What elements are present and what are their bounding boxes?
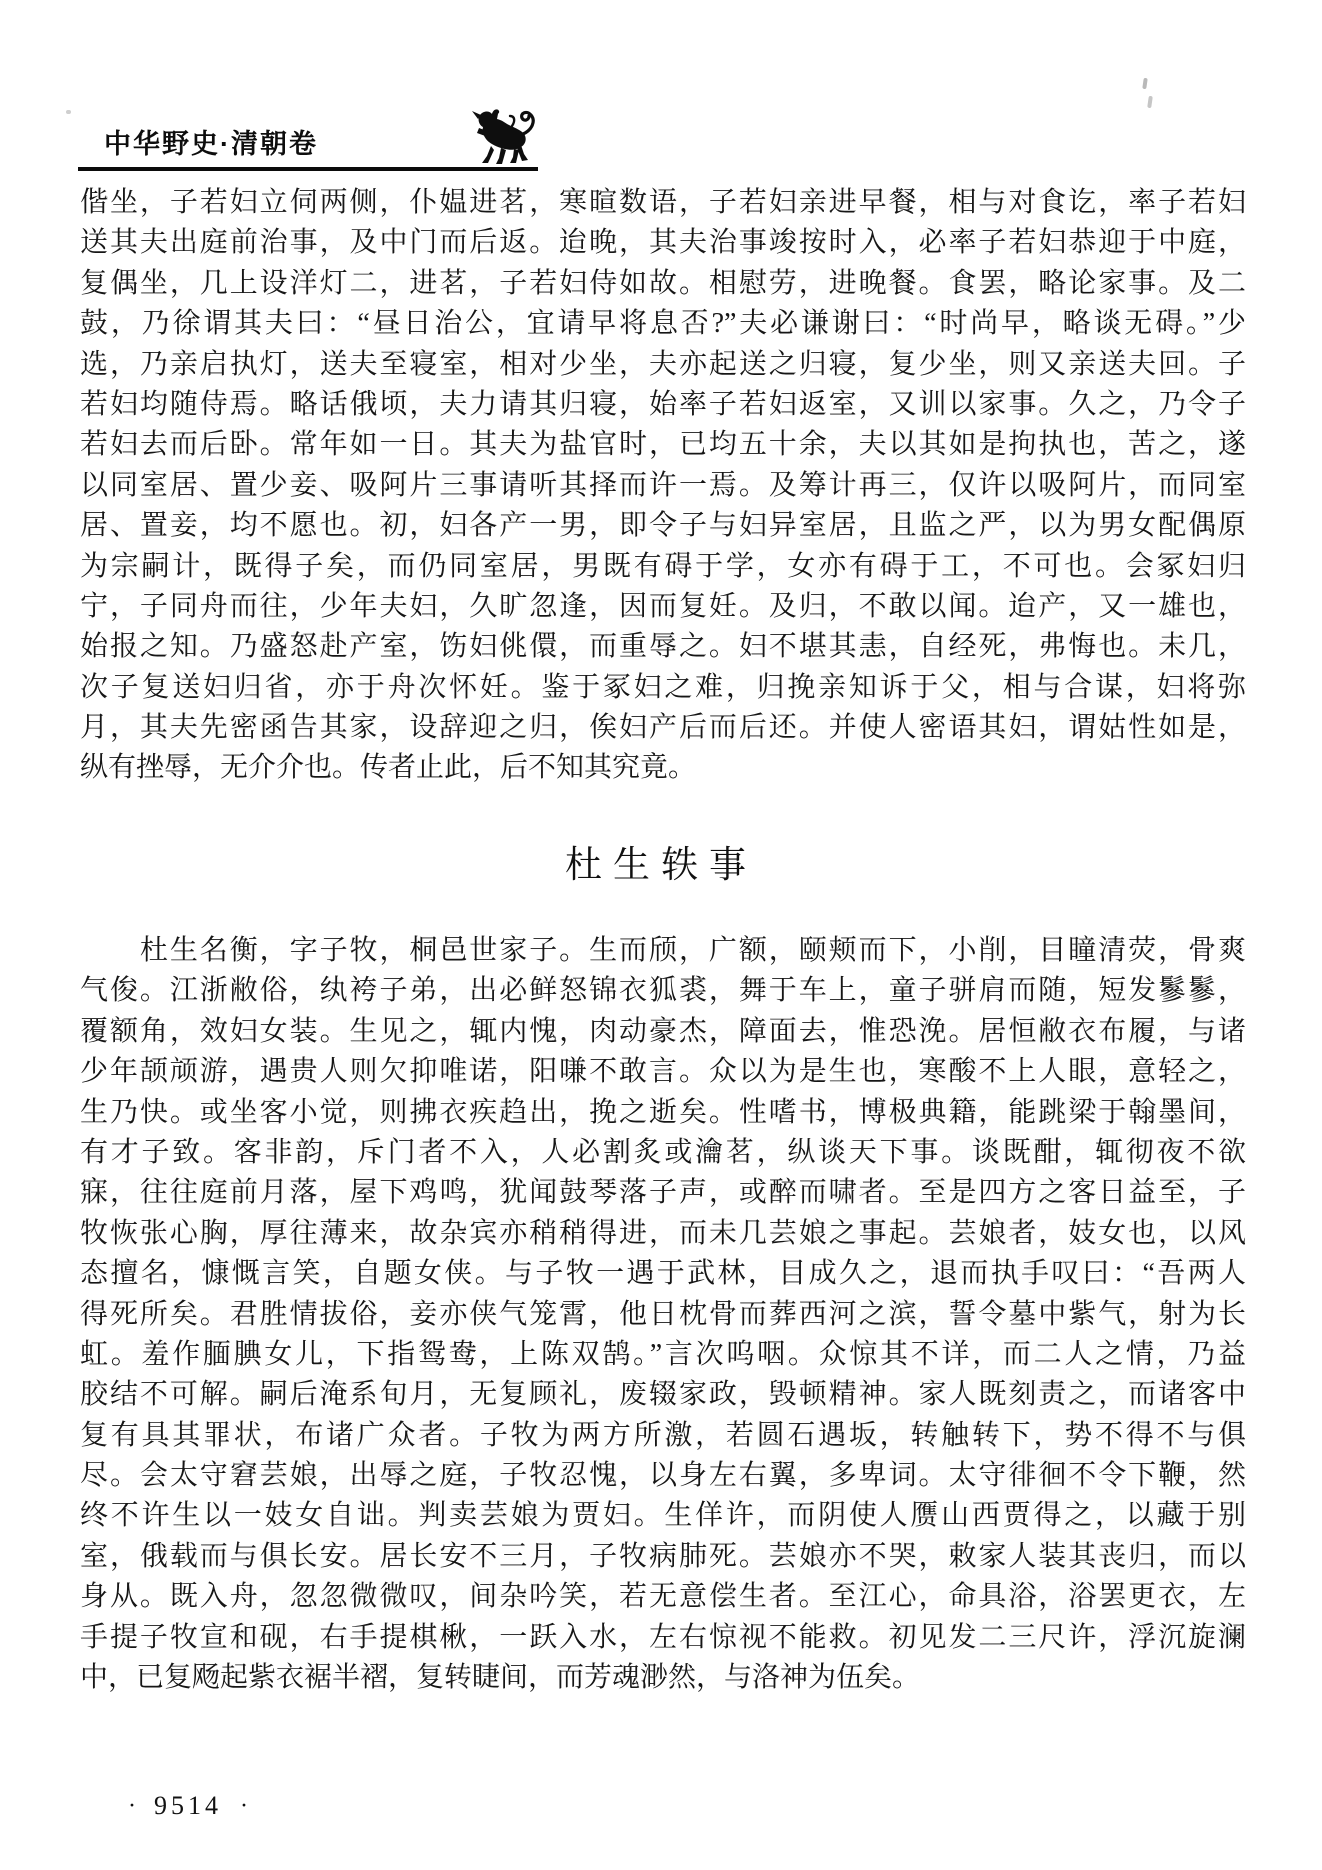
text-line: 手提子牧宣和砚，右手提棋楸，一跃入水，左右惊视不能救。初见发二三尺许，浮沉旋澜 xyxy=(80,1618,1246,1658)
story2-text: 杜生名衡，字子牧，桐邑世家子。生而颀，广额，颐颊而下，小削，目瞳清荧，骨爽 气俊… xyxy=(80,931,1246,1698)
text-line: 次子复送妇归省，亦于舟次怀妊。鉴于冢妇之难，归挽亲知诉于父，相与合谋，妇将弥 xyxy=(80,668,1246,708)
text-line: 寐，往往庭前月落，屋下鸡鸣，犹闻鼓琴落子声，或醉而啸者。至是四方之客日益至，子 xyxy=(80,1173,1246,1213)
text-line: 月，其夫先密函告其家，设辞迎之归，俟妇产后而后还。并使人密语其妇，谓姑性如是， xyxy=(80,708,1246,748)
text-line: 覆额角，效妇女装。生见之，辄内愧，肉动豪杰，障面去，惟恐浼。居恒敝衣布履，与诸 xyxy=(80,1012,1246,1052)
text-line: 送其夫出庭前治事，及中门而后返。迨晚，其夫治事竣按时入，必率子若妇恭迎于中庭， xyxy=(80,223,1246,263)
scan-speck xyxy=(1147,96,1153,108)
footer-dot: · xyxy=(236,1793,252,1820)
text-line: 鼓，乃徐谓其夫曰：“昼日治公，宜请早将息否?”夫必谦谢曰：“时尚早，略谈无碍。”… xyxy=(80,304,1246,344)
text-line: 若妇均随侍焉。略话俄顷，夫力请其归寝，始率子若妇返室，又训以家事。久之，乃令子 xyxy=(80,385,1246,425)
text-line: 室，俄载而与俱长安。居长安不三月，子牧病肺死。芸娘亦不哭，敕家人装其丧归，而以 xyxy=(80,1537,1246,1577)
text-line: 纵有挫辱，无介介也。传者止此，后不知其究竟。 xyxy=(80,748,1246,788)
text-line: 尽。会太守窘芸娘，出辱之庭，子牧忍愧，以身左右翼，多卑词。太守徘徊不令下鞭，然 xyxy=(80,1456,1246,1496)
text-line: 偕坐，子若妇立伺两侧，仆媪进茗，寒暄数语，子若妇亲进早餐，相与对食讫，率子若妇 xyxy=(80,183,1246,223)
text-line: 宁，子同舟而往，少年夫妇，久旷忽逢，因而复妊。及归，不敢以闻。迨产，又一雄也， xyxy=(80,587,1246,627)
text-line: 少年颉颃游，遇贵人则欠抑唯诺，阳嗛不敢言。众以为是生也，寒酸不上人眼，意轻之， xyxy=(80,1052,1246,1092)
text-line: 身从。既入舟，忽忽微微叹，间杂吟笑，若无意偿生者。至江心，命具浴，浴罢更衣，左 xyxy=(80,1577,1246,1617)
text-line: 生乃快。或坐客小觉，则拂衣疾趋出，挽之逝矣。性嗜书，博极典籍，能跳梁于翰墨间， xyxy=(80,1093,1246,1133)
scan-speck xyxy=(66,110,71,114)
text-line: 复有具其罪状，布诸广众者。子牧为两方所激，若圆石遇坂，转触转下，势不得不与俱 xyxy=(80,1416,1246,1456)
text-line: 态擅名，慷慨言笑，自题女侠。与子牧一遇于武林，目成久之，退而执手叹曰：“吾两人 xyxy=(80,1254,1246,1294)
text-line: 牧恢张心胸，厚往薄来，故杂宾亦稍稍得进，而未几芸娘之事起。芸娘者，妓女也，以风 xyxy=(80,1214,1246,1254)
story1-text: 偕坐，子若妇立伺两侧，仆媪进茗，寒暄数语，子若妇亲进早餐，相与对食讫，率子若妇 … xyxy=(80,183,1246,789)
text-line: 居、置妾，均不愿也。初，妇各产一男，即令子与妇异室居，且监之严，以为男女配偶原 xyxy=(80,506,1246,546)
text-line: 胶结不可解。嗣后淹系旬月，无复顾礼，废辍家政，毁顿精神。家人既刻责之，而诸客中 xyxy=(80,1375,1246,1415)
page-footer: · 9514 · xyxy=(124,1791,252,1821)
text-line: 复偶坐，几上设洋灯二，进茗，子若妇侍如故。相慰劳，进晚餐。食罢，略论家事。及二 xyxy=(80,264,1246,304)
header-rule xyxy=(78,167,538,171)
section-title: 杜生轶事 xyxy=(0,834,1322,888)
text-line: 选，乃亲启执灯，送夫至寝室，相对少坐，夫亦起送之归寝，复少坐，则又亲送夫回。子 xyxy=(80,345,1246,385)
text-line: 若妇去而后卧。常年如一日。其夫为盐官时，已均五十余，夫以其如是拘执也，苦之，遂 xyxy=(80,425,1246,465)
scan-speck xyxy=(1142,78,1147,89)
text-line: 虹。羞作腼腆女儿，下指鸳鸯，上陈双鹄。”言次呜咽。众惊其不详，而二人之情，乃益 xyxy=(80,1335,1246,1375)
book-title: 中华野史·清朝卷 xyxy=(104,122,318,161)
footer-dot: · xyxy=(124,1793,140,1820)
text-line: 终不许生以一妓女自诎。判卖芸娘为贾妇。生佯许，而阴使人赝山西贾得之，以藏于别 xyxy=(80,1496,1246,1536)
text-line: 杜生名衡，字子牧，桐邑世家子。生而颀，广额，颐颊而下，小削，目瞳清荧，骨爽 xyxy=(80,931,1246,971)
text-line: 得死所矣。君胜情拔俗，妾亦侠气笼霄，他日枕骨而葬西河之滨，誓令墓中紫气，射为长 xyxy=(80,1295,1246,1335)
text-line: 以同室居、置少妾、吸阿片三事请听其择而许一焉。及筹计再三，仅许以吸阿片，而同室 xyxy=(80,466,1246,506)
text-line: 有才子致。客非韵，斥门者不入，人必割炙或瀹茗，纵谈天下事。谈既酣，辄彻夜不欲 xyxy=(80,1133,1246,1173)
text-line: 气俊。江浙敝俗，纨袴子弟，出必鲜怒锦衣狐裘，舞于车上，童子骈肩而随，短发鬖鬖， xyxy=(80,971,1246,1011)
dragon-emblem-icon xyxy=(468,104,540,168)
text-line: 为宗嗣计，既得子矣，而仍同室居，男既有碍于学，女亦有碍于工，不可也。会冢妇归 xyxy=(80,547,1246,587)
page-number: 9514 xyxy=(140,1791,236,1821)
text-line: 始报之知。乃盛怒赴产室，饬妇佻儇，而重辱之。妇不堪其恚，自经死，弗悔也。未几， xyxy=(80,627,1246,667)
text-line: 中，已复飏起紫衣裾半褶，复转睫间，而芳魂渺然，与洛神为伍矣。 xyxy=(80,1658,1246,1698)
